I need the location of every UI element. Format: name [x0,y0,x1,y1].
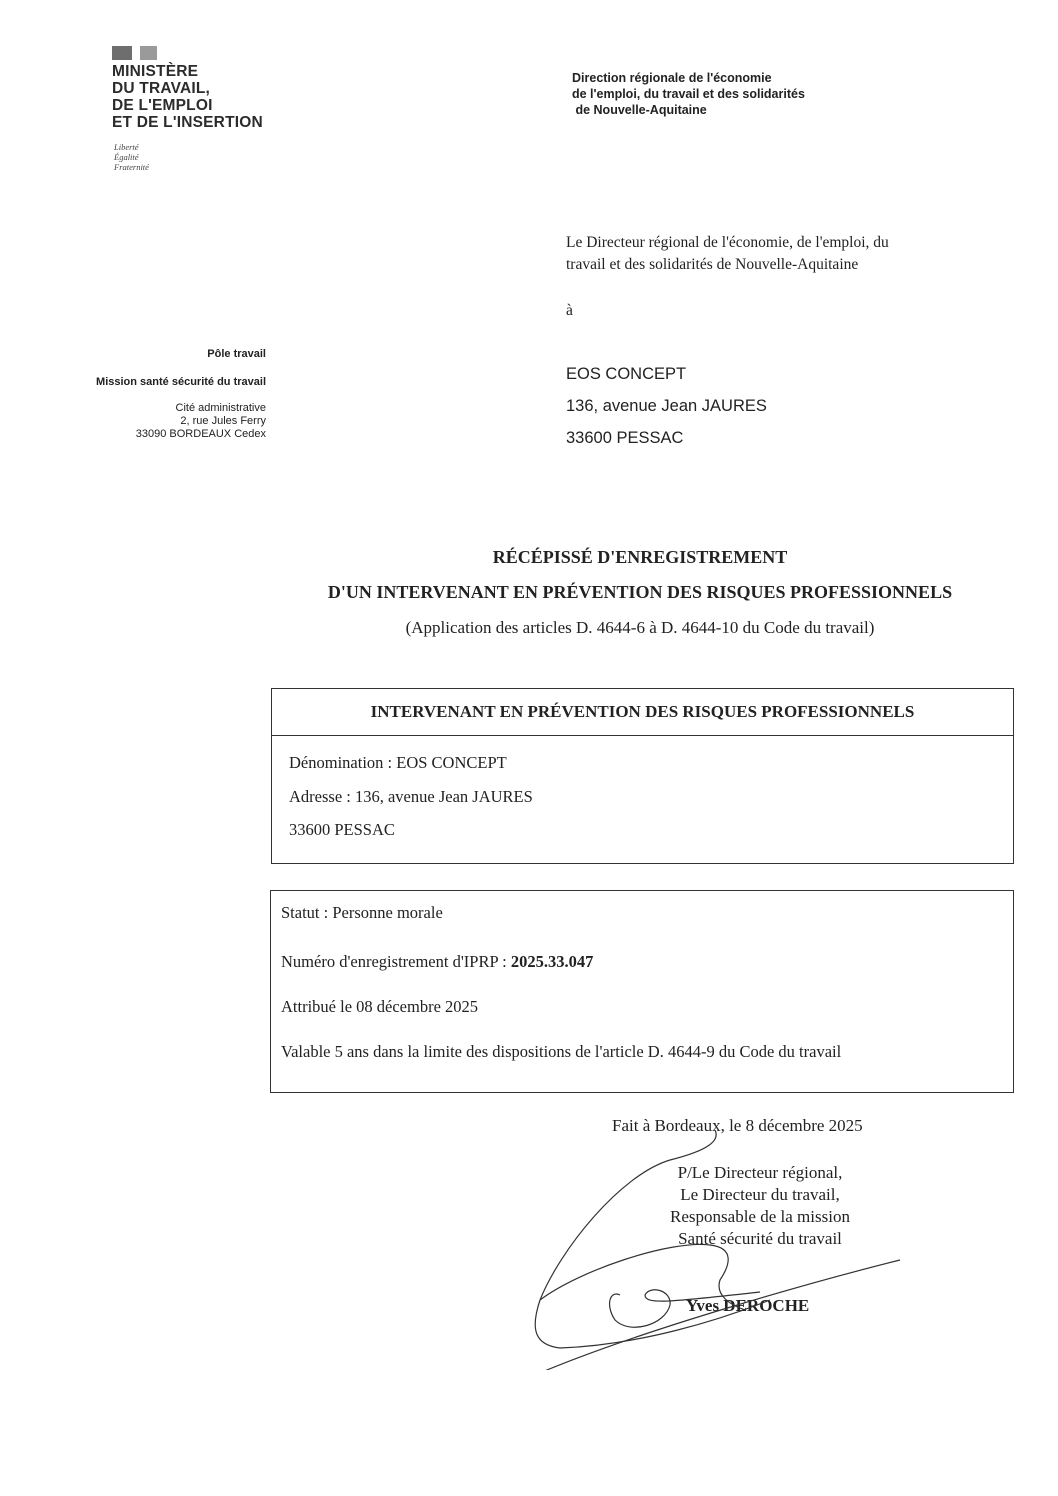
address-line: 33090 BORDEAUX Cedex [96,428,266,441]
address: Adresse : 136, avenue Jean JAURES [289,780,1013,814]
motto-line: Égalité [114,152,149,162]
signatory-line: Santé sécurité du travail [640,1228,880,1250]
signatory-line: Le Directeur du travail, [640,1184,880,1206]
registration-number-label: Numéro d'enregistrement d'IPRP : [281,952,511,971]
registration-box: Statut : Personne morale Numéro d'enregi… [270,890,1014,1093]
marianne-flag-icon [112,46,158,60]
service-block: Pôle travail Mission santé sécurité du t… [96,348,266,441]
directorate-header: Direction régionale de l'économie de l'e… [572,70,805,118]
recipient-street: 136, avenue Jean JAURES [566,390,767,422]
city: 33600 PESSAC [289,813,1013,847]
address-line: Cité administrative [96,402,266,415]
directorate-line: de l'emploi, du travail et des solidarit… [572,86,805,102]
ministry-line: DU TRAVAIL, [112,80,263,97]
addressee-preposition: à [566,302,573,320]
mission-label: Mission santé sécurité du travail [96,376,266,402]
intervenant-details: Dénomination : EOS CONCEPT Adresse : 136… [272,736,1013,847]
intervenant-box: INTERVENANT EN PRÉVENTION DES RISQUES PR… [271,688,1014,864]
sender-block: Le Directeur régional de l'économie, de … [566,232,889,276]
signer-name: Yves DEROCHE [686,1296,809,1316]
registration-number: Numéro d'enregistrement d'IPRP : 2025.33… [281,950,1013,995]
title-subtitle: (Application des articles D. 4644-6 à D.… [270,610,1010,645]
motto-line: Liberté [114,142,149,152]
directorate-line: de Nouvelle-Aquitaine [572,102,805,118]
registration-number-value: 2025.33.047 [511,952,594,971]
recipient-name: EOS CONCEPT [566,358,767,390]
sender-line: travail et des solidarités de Nouvelle-A… [566,254,889,276]
document-title: RÉCÉPISSÉ D'ENREGISTREMENT D'UN INTERVEN… [270,540,1010,645]
recipient-block: EOS CONCEPT 136, avenue Jean JAURES 3360… [566,358,767,454]
address-line: 2, rue Jules Ferry [96,415,266,428]
motto-line: Fraternité [114,162,149,172]
ministry-line: ET DE L'INSERTION [112,114,263,131]
ministry-line: MINISTÈRE [112,63,263,80]
recipient-city: 33600 PESSAC [566,422,767,454]
service-address: Cité administrative 2, rue Jules Ferry 3… [96,402,266,441]
sender-line: Le Directeur régional de l'économie, de … [566,232,889,254]
intervenant-heading: INTERVENANT EN PRÉVENTION DES RISQUES PR… [272,689,1013,736]
title-line-1: RÉCÉPISSÉ D'ENREGISTREMENT [270,540,1010,575]
denomination: Dénomination : EOS CONCEPT [289,746,1013,780]
signatory-line: Responsable de la mission [640,1206,880,1228]
directorate-line: Direction régionale de l'économie [572,70,805,86]
validity: Valable 5 ans dans la limite des disposi… [281,1040,1013,1085]
pole-label: Pôle travail [96,348,266,376]
place-and-date: Fait à Bordeaux, le 8 décembre 2025 [612,1116,863,1136]
signatory-title: P/Le Directeur régional, Le Directeur du… [640,1162,880,1250]
ministry-name: MINISTÈRE DU TRAVAIL, DE L'EMPLOI ET DE … [112,63,263,131]
assigned-date: Attribué le 08 décembre 2025 [281,995,1013,1040]
signatory-line: P/Le Directeur régional, [640,1162,880,1184]
ministry-line: DE L'EMPLOI [112,97,263,114]
republic-motto: Liberté Égalité Fraternité [114,142,149,172]
title-line-2: D'UN INTERVENANT EN PRÉVENTION DES RISQU… [270,575,1010,610]
status: Statut : Personne morale [281,901,1013,950]
